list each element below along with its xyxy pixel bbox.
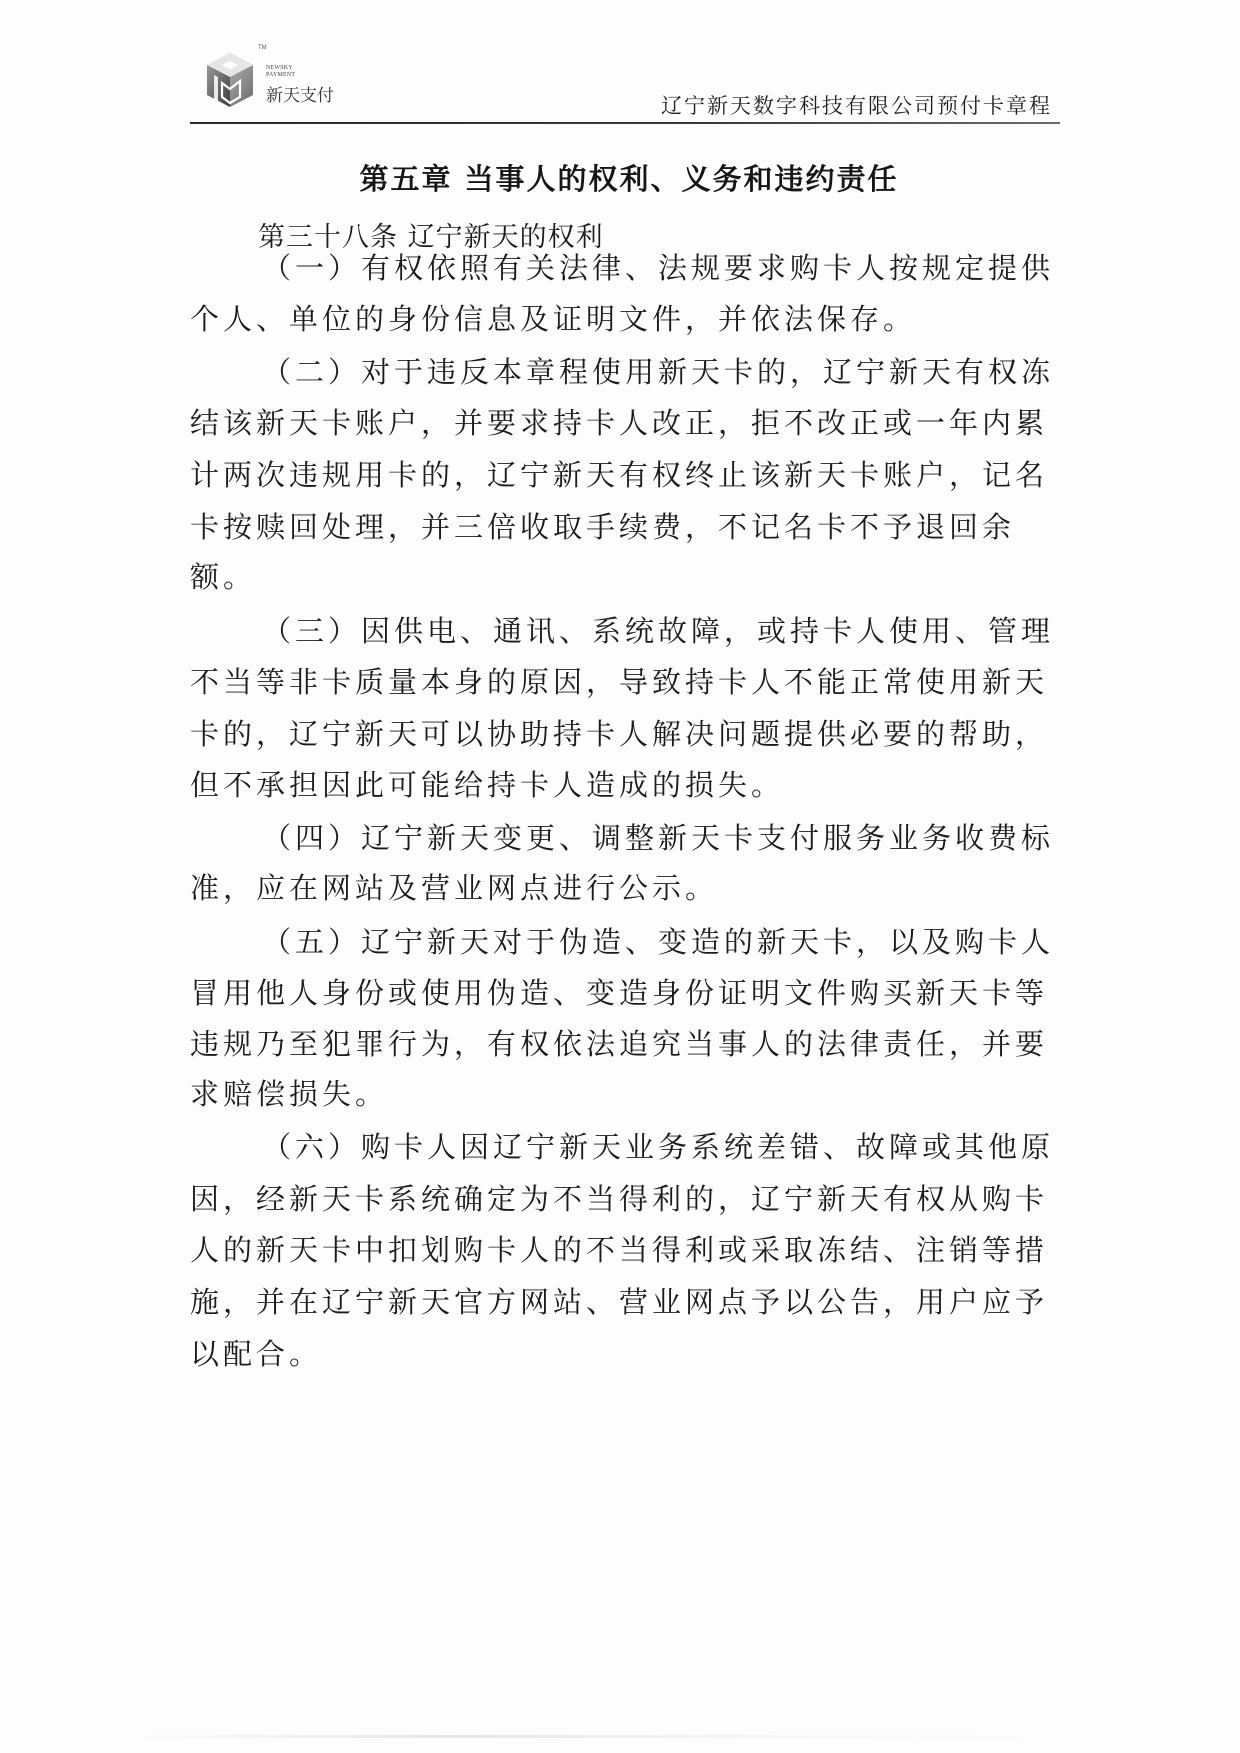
body-line: （三）因供电、通讯、系统故障，或持卡人使用、管理 — [262, 611, 1122, 651]
scan-artifact — [120, 1735, 1100, 1738]
page-header: TM NEWSKY PAYMENT 新天支付 辽宁新天数字科技有限公司预付卡章程 — [190, 40, 1060, 125]
body-line: （六）购卡人因辽宁新天业务系统差错、故障或其他原 — [262, 1127, 1122, 1167]
logo-chinese-text: 新天支付 — [266, 81, 334, 106]
trademark-mark: TM — [258, 45, 267, 51]
logo-english-line1: NEWSKY — [266, 65, 295, 72]
document-page: TM NEWSKY PAYMENT 新天支付 辽宁新天数字科技有限公司预付卡章程… — [0, 0, 1240, 1753]
body-line: （一）有权依照有关法律、法规要求购卡人按规定提供 — [262, 248, 1122, 288]
body-line: 卡的，辽宁新天可以协助持卡人解决问题提供必要的帮助， — [190, 714, 1050, 754]
chapter-title: 第五章 当事人的权利、义务和违约责任 — [0, 157, 1240, 198]
body-line: （二）对于违反本章程使用新天卡的，辽宁新天有权冻 — [262, 352, 1122, 392]
body-line: （四）辽宁新天变更、调整新天卡支付服务业务收费标 — [262, 818, 1122, 858]
body-line: 个人、单位的身份信息及证明文件，并依法保存。 — [190, 299, 1050, 339]
body-line: 但不承担因此可能给持卡人造成的损失。 — [190, 765, 1050, 805]
body-line: 冒用他人身份或使用伪造、变造身份证明文件购买新天卡等 — [190, 973, 1050, 1013]
body-line: 不当等非卡质量本身的原因，导致持卡人不能正常使用新天 — [190, 662, 1050, 702]
body-line: 额。 — [190, 557, 1050, 597]
body-line: 违规乃至犯罪行为，有权依法追究当事人的法律责任，并要 — [190, 1024, 1050, 1064]
body-line: 人的新天卡中扣划购卡人的不当得利或采取冻结、注销等措 — [190, 1230, 1050, 1270]
body-line: （五）辽宁新天对于伪造、变造的新天卡，以及购卡人 — [262, 922, 1122, 962]
body-line: 准，应在网站及营业网点进行公示。 — [190, 868, 1050, 908]
document-title: 辽宁新天数字科技有限公司预付卡章程 — [661, 90, 1052, 120]
header-divider — [190, 122, 1060, 124]
newsky-cube-logo-icon — [204, 51, 256, 109]
logo-english-line2: PAYMENT — [266, 72, 295, 79]
logo-english-text: NEWSKY PAYMENT — [266, 65, 295, 79]
body-line: 卡按赎回处理，并三倍收取手续费，不记名卡不予退回余 — [190, 507, 1050, 547]
body-line: 施，并在辽宁新天官方网站、营业网点予以公告，用户应予 — [190, 1282, 1050, 1322]
company-logo: TM NEWSKY PAYMENT 新天支付 — [204, 45, 354, 110]
body-line: 以配合。 — [190, 1334, 1050, 1374]
body-line: 计两次违规用卡的，辽宁新天有权终止该新天卡账户，记名 — [190, 455, 1050, 495]
body-line: 因，经新天卡系统确定为不当得利的，辽宁新天有权从购卡 — [190, 1179, 1050, 1219]
body-line: 求赔偿损失。 — [190, 1074, 1050, 1114]
body-line: 结该新天卡账户，并要求持卡人改正，拒不改正或一年内累 — [190, 403, 1050, 443]
